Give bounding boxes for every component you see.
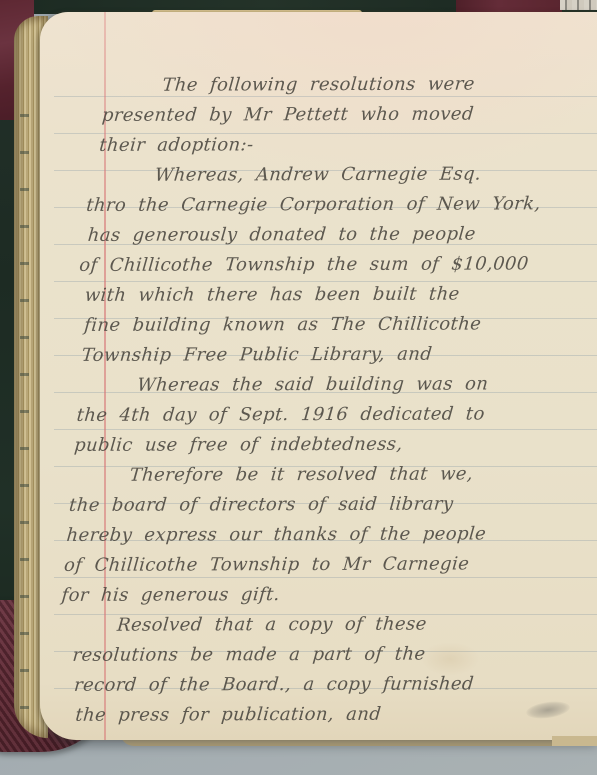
handwritten-text: The following resolutions were presented… <box>50 69 597 731</box>
manuscript-line: fine building known as The Chillicothe <box>83 309 597 341</box>
manuscript-line: resolutions be made a part of the <box>71 639 570 671</box>
book-cover-top-right-sliver <box>560 0 597 10</box>
manuscript-line: Resolved that a copy of these <box>58 609 573 641</box>
manuscript-line: the press for publication, and <box>74 699 565 731</box>
manuscript-line: has generously donated to the people <box>87 219 597 251</box>
manuscript-line: Whereas the said building was on <box>78 369 593 401</box>
manuscript-line: the 4th day of Sept. 1916 dedicated to <box>75 399 590 431</box>
manuscript-line: Whereas, Andrew Carnegie Esq. <box>96 159 597 191</box>
manuscript-line: of Chillicothe Township to Mr Carnegie <box>63 549 578 581</box>
scanned-notebook-photo: The following resolutions were presented… <box>0 0 597 775</box>
manuscript-line: Township Free Public Library, and <box>80 339 595 371</box>
page-edge-pencil-marks <box>20 84 29 714</box>
bottom-edge-notch <box>552 736 597 746</box>
manuscript-line: their adoption:- <box>98 129 597 161</box>
manuscript-line: presented by Mr Pettett who moved <box>101 99 597 131</box>
manuscript-line: of Chillicothe Township the sum of $10,0… <box>78 249 597 281</box>
manuscript-line: Therefore be it resolved that we, <box>70 459 585 491</box>
notebook-page: The following resolutions were presented… <box>40 12 597 740</box>
manuscript-line: for his generous gift. <box>60 579 575 611</box>
manuscript-line: hereby express our thanks of the people <box>65 519 580 551</box>
manuscript-line: The following resolutions were <box>103 69 597 101</box>
manuscript-line: with which there has been built the <box>83 279 597 311</box>
manuscript-line: the board of directors of said library <box>68 489 583 521</box>
manuscript-line: record of the Board., a copy furnished <box>73 669 568 701</box>
manuscript-line: public use free of indebtedness, <box>73 429 588 461</box>
manuscript-line: thro the Carnegie Corporation of New Yor… <box>85 189 597 221</box>
